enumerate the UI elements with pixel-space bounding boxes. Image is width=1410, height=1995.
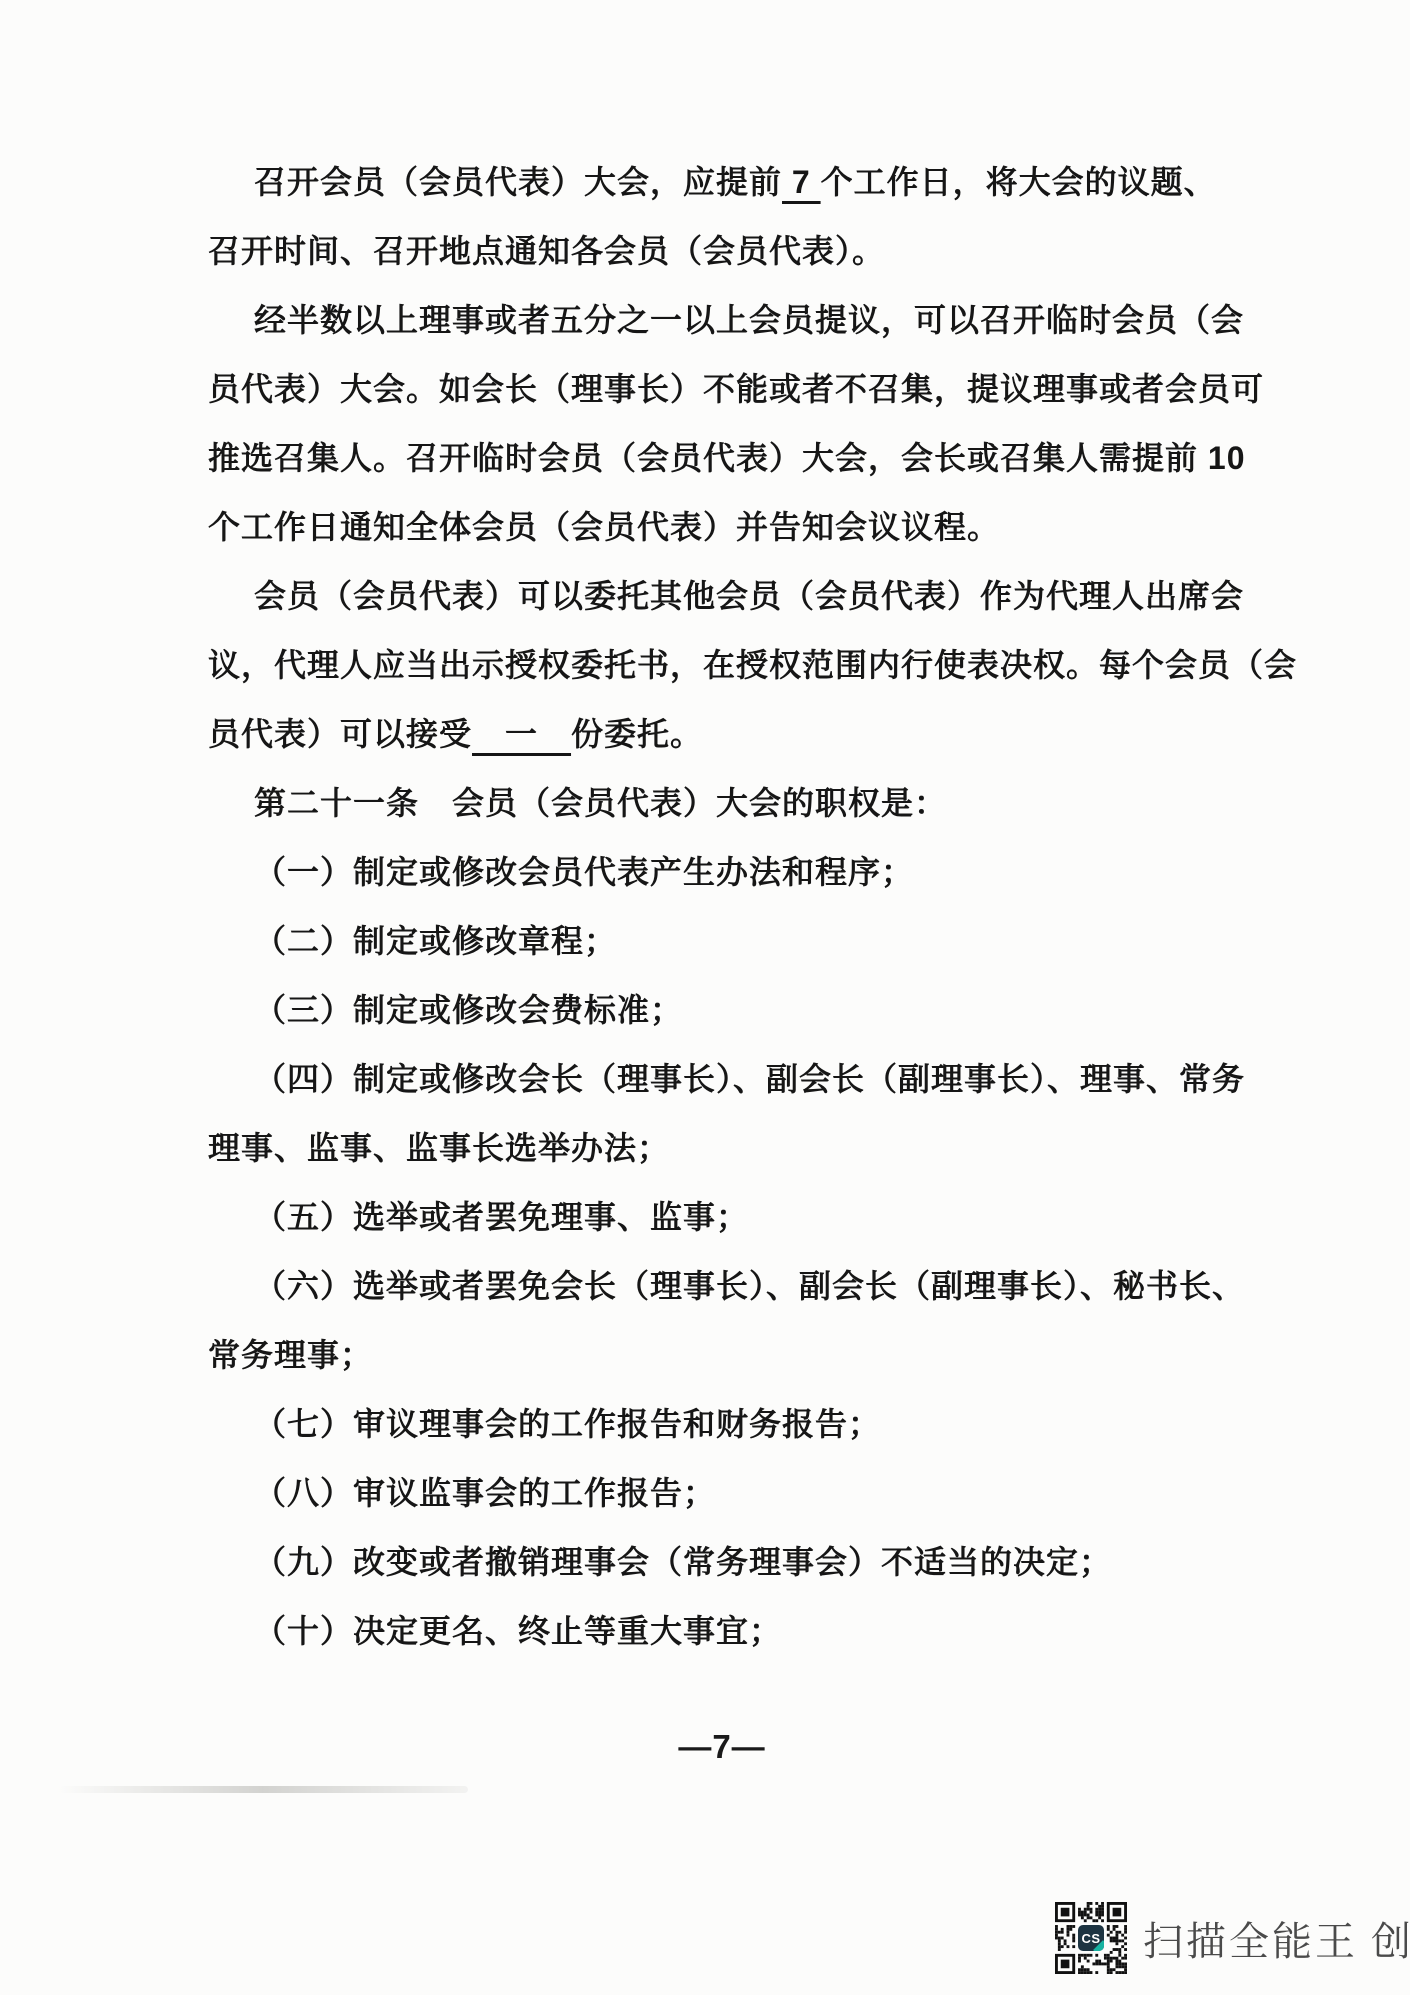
text-line: （八）审议监事会的工作报告；: [208, 1459, 1268, 1528]
text-line: 第二十一条 会员（会员代表）大会的职权是：: [208, 769, 1268, 838]
text-line: 召开时间、召开地点通知各会员（会员代表）。: [208, 217, 1268, 286]
text-line: 员代表）可以接受 一 份委托。: [208, 700, 1268, 769]
text-segment: 常务理事；: [208, 1337, 373, 1373]
text-line: （二）制定或修改章程；: [208, 907, 1268, 976]
text-line: 个工作日通知全体会员（会员代表）并告知会议议程。: [208, 493, 1268, 562]
text-line: 议，代理人应当出示授权委托书，在授权范围内行使表决权。每个会员（会: [208, 631, 1268, 700]
scanned-document-page: 召开会员（会员代表）大会，应提前 7 个工作日，将大会的议题、召开时间、召开地点…: [0, 0, 1410, 1995]
text-segment: （七）审议理事会的工作报告和财务报告；: [254, 1406, 881, 1442]
text-segment: （十）决定更名、终止等重大事宜；: [254, 1613, 782, 1649]
text-line: （六）选举或者罢免会长（理事长）、副会长（副理事长）、秘书长、: [208, 1252, 1268, 1321]
text-segment: 经半数以上理事或者五分之一以上会员提议，可以召开临时会员（会: [254, 302, 1244, 338]
text-segment: 个工作日通知全体会员（会员代表）并告知会议议程。: [208, 509, 1000, 545]
text-line: （四）制定或修改会长（理事长）、副会长（副理事长）、理事、常务: [208, 1045, 1268, 1114]
text-segment: （六）选举或者罢免会长（理事长）、副会长（副理事长）、秘书长、: [254, 1268, 1245, 1304]
text-segment: （八）审议监事会的工作报告；: [254, 1475, 716, 1511]
camscanner-logo-icon: CS: [1078, 1925, 1104, 1951]
text-segment: （五）选举或者罢免理事、监事；: [254, 1199, 749, 1235]
text-segment: （一）制定或修改会员代表产生办法和程序；: [254, 854, 914, 890]
text-segment: （三）制定或修改会费标准；: [254, 992, 683, 1028]
text-line: （十）决定更名、终止等重大事宜；: [208, 1597, 1268, 1666]
logo-text: CS: [1081, 1931, 1100, 1946]
text-segment: （二）制定或修改章程；: [254, 923, 617, 959]
text-segment: 召开会员（会员代表）大会，应提前: [254, 164, 782, 200]
text-line: 会员（会员代表）可以委托其他会员（会员代表）作为代理人出席会: [208, 562, 1268, 631]
text-line: （九）改变或者撤销理事会（常务理事会）不适当的决定；: [208, 1528, 1268, 1597]
text-line: 常务理事；: [208, 1321, 1268, 1390]
text-line: 召开会员（会员代表）大会，应提前 7 个工作日，将大会的议题、: [208, 148, 1268, 217]
text-line: 理事、监事、监事长选举办法；: [208, 1114, 1268, 1183]
text-segment: 召开时间、召开地点通知各会员（会员代表）。: [208, 233, 885, 269]
text-segment: 理事、监事、监事长选举办法；: [208, 1130, 670, 1166]
text-line: （七）审议理事会的工作报告和财务报告；: [208, 1390, 1268, 1459]
text-segment: 第二十一条 会员（会员代表）大会的职权是：: [254, 785, 947, 821]
scan-artifact: [58, 1786, 468, 1793]
qrcode-image: CS: [1055, 1902, 1127, 1974]
text-line: 推选召集人。召开临时会员（会员代表）大会，会长或召集人需提前 10: [208, 424, 1268, 493]
watermark-text: 扫描全能王 创建: [1143, 1910, 1410, 1967]
document-lines: 召开会员（会员代表）大会，应提前 7 个工作日，将大会的议题、召开时间、召开地点…: [208, 148, 1268, 1666]
scanner-watermark: CS 扫描全能王 创建: [1055, 1902, 1410, 1974]
text-line: （一）制定或修改会员代表产生办法和程序；: [208, 838, 1268, 907]
text-segment: 议，代理人应当出示授权委托书，在授权范围内行使表决权。每个会员（会: [208, 647, 1297, 683]
text-segment: 个工作日，将大会的议题、: [821, 164, 1217, 200]
text-segment: 推选召集人。召开临时会员（会员代表）大会，会长或召集人需提前 10: [208, 440, 1246, 476]
text-segment: 会员（会员代表）可以委托其他会员（会员代表）作为代理人出席会: [254, 578, 1244, 614]
text-segment: 员代表）可以接受: [208, 716, 472, 752]
text-line: （三）制定或修改会费标准；: [208, 976, 1268, 1045]
text-line: 员代表）大会。如会长（理事长）不能或者不召集，提议理事或者会员可: [208, 355, 1268, 424]
text-line: 经半数以上理事或者五分之一以上会员提议，可以召开临时会员（会: [208, 286, 1268, 355]
text-line: （五）选举或者罢免理事、监事；: [208, 1183, 1268, 1252]
text-segment: 员代表）大会。如会长（理事长）不能或者不召集，提议理事或者会员可: [208, 371, 1264, 407]
text-segment: （四）制定或修改会长（理事长）、副会长（副理事长）、理事、常务: [254, 1061, 1245, 1097]
text-segment: （九）改变或者撤销理事会（常务理事会）不适当的决定；: [254, 1544, 1112, 1580]
text-segment: 份委托。: [571, 716, 703, 752]
page-number: —7—: [678, 1728, 765, 1766]
underlined-blank: 7: [782, 164, 821, 200]
underlined-blank: 一: [472, 716, 571, 752]
